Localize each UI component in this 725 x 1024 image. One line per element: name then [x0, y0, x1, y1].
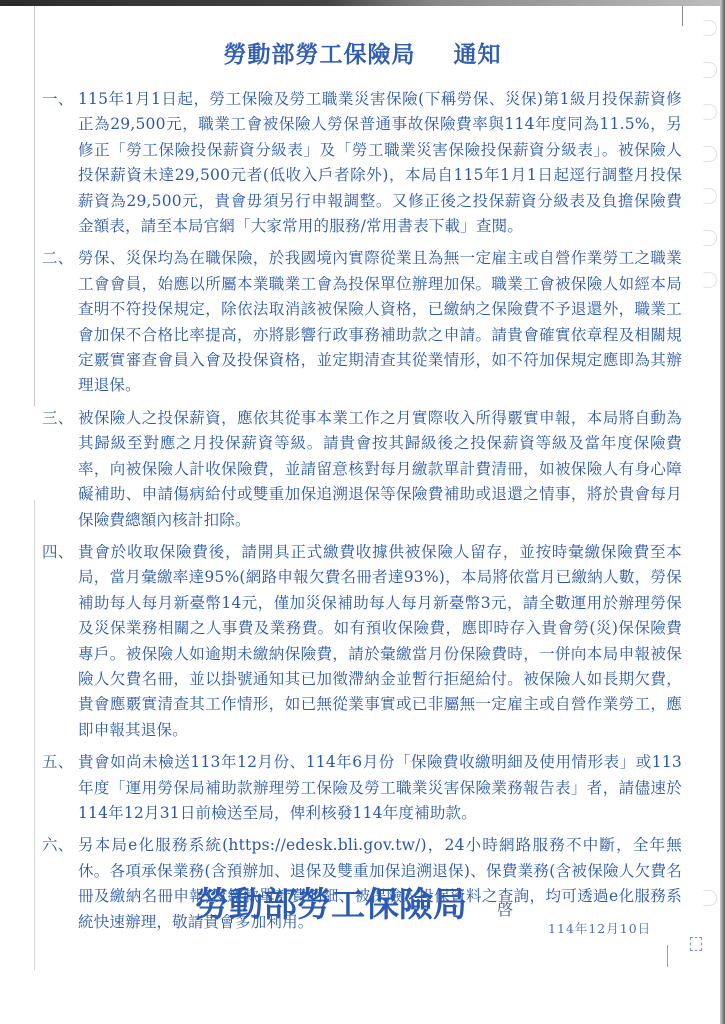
punch-hole-icon — [703, 146, 717, 162]
item-text: 被保險人之投保薪資，應依其從事本業工作之月實際收入所得覈實申報，本局將自動為其歸… — [78, 406, 682, 533]
corner-box-icon — [690, 937, 702, 951]
title-org: 勞動部勞工保險局 — [224, 41, 416, 68]
item-number: 四、 — [42, 540, 78, 743]
item-text: 勞保、災保均為在職保險，於我國境內實際從業且為無一定雇主或自營作業勞工之職業工會… — [78, 246, 682, 398]
item-text: 115年1月1日起，勞工保險及勞工職業災害保險(下稱勞保、災保)第1級月投保薪資… — [78, 87, 682, 239]
notice-body: 一、 115年1月1日起，勞工保險及勞工職業災害保險(下稱勞保、災保)第1級月投… — [42, 87, 682, 942]
signature-suffix: 啓 — [497, 897, 513, 920]
item-number: 六、 — [42, 833, 78, 935]
item-number: 一、 — [42, 87, 78, 239]
signature-org: 勞動部勞工保險局 — [195, 877, 467, 926]
scan-top-border — [0, 0, 725, 6]
page-left-edge — [34, 500, 35, 970]
notice-item-3: 三、 被保險人之投保薪資，應依其從事本業工作之月實際收入所得覈實申報，本局將自動… — [42, 406, 682, 533]
notice-title: 勞動部勞工保險局通知 — [0, 36, 725, 69]
title-type: 通知 — [454, 41, 502, 68]
punch-hole-icon — [703, 188, 717, 204]
item-text: 貴會如尚未檢送113年12月份、114年6月份「保險費收繳明細及使用情形表」或1… — [78, 750, 682, 826]
notice-item-2: 二、 勞保、災保均為在職保險，於我國境內實際從業且為無一定雇主或自營作業勞工之職… — [42, 246, 682, 398]
notice-item-1: 一、 115年1月1日起，勞工保險及勞工職業災害保險(下稱勞保、災保)第1級月投… — [42, 87, 682, 239]
item-text: 貴會於收取保險費後，請開具正式繳費收據供被保險人留存，並按時彙繳保險費至本局，當… — [78, 540, 682, 743]
item-number: 二、 — [42, 246, 78, 398]
item-number: 三、 — [42, 406, 78, 533]
punch-hole-icon — [703, 20, 717, 36]
punch-hole-icon — [703, 104, 717, 120]
margin-mark — [667, 945, 668, 967]
punch-hole-icon — [703, 890, 717, 906]
margin-mark — [682, 6, 683, 26]
punch-hole-icon — [703, 230, 717, 246]
scan-right-border — [720, 0, 725, 1024]
notice-item-5: 五、 貴會如尚未檢送113年12月份、114年6月份「保險費收繳明細及使用情形表… — [42, 750, 682, 826]
issue-date: 114年12月10日 — [548, 919, 651, 937]
punch-hole-icon — [703, 272, 717, 288]
notice-item-4: 四、 貴會於收取保險費後，請開具正式繳費收據供被保險人留存，並按時彙繳保險費至本… — [42, 540, 682, 743]
item-number: 五、 — [42, 750, 78, 826]
